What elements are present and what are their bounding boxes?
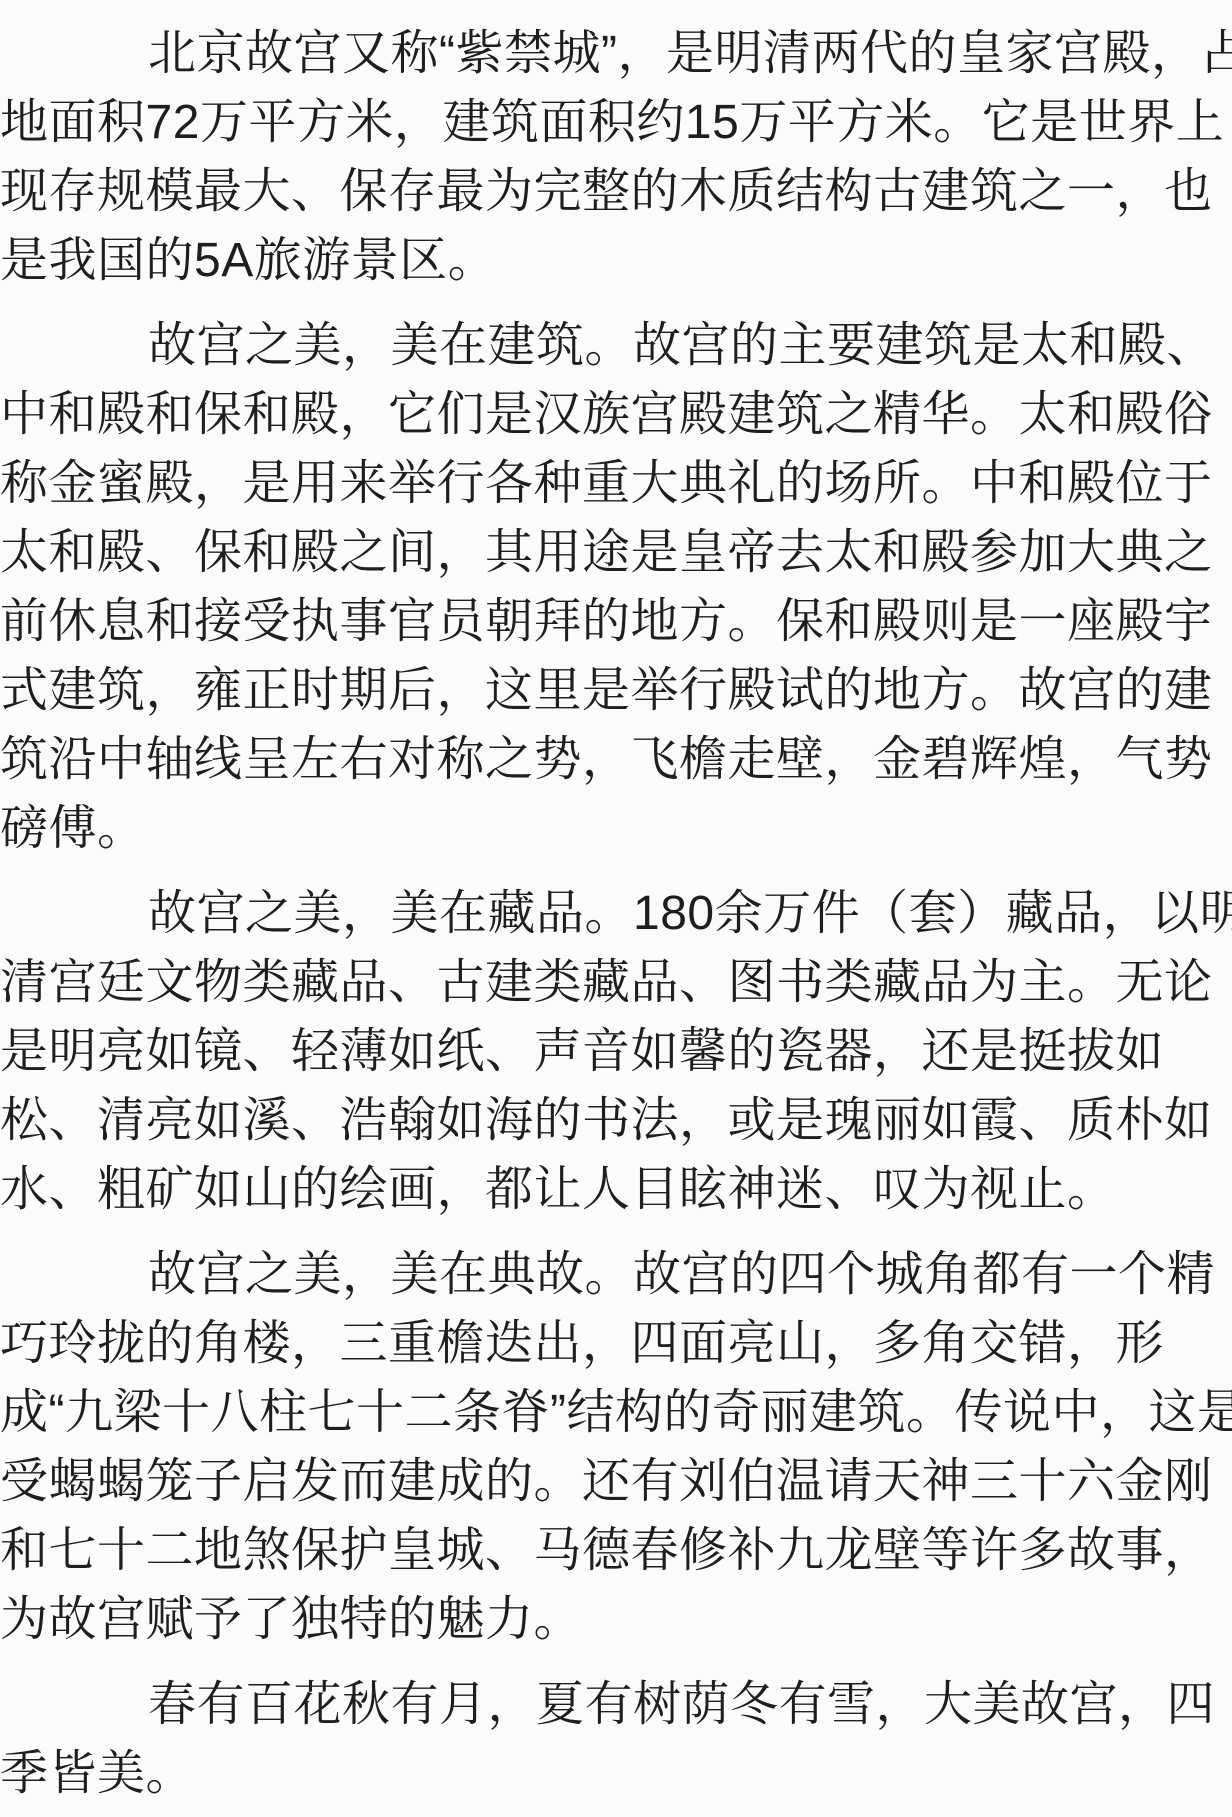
paragraph-intro: 北京故宫又称“紫禁城”，是明清两代的皇家宫殿，占 地面积72万平方米，建筑面积约… [0, 19, 1232, 295]
text-line: 中和殿和保和殿，它们是汉族宫殿建筑之精华。太和殿俗 [0, 380, 1232, 449]
text-line: 磅傅。 [0, 794, 1232, 863]
text-line: 和七十二地煞保护皇城、马德春修补九龙壁等许多故事， [0, 1516, 1232, 1585]
text-line: 松、清亮如溪、浩翰如海的书法，或是瑰丽如霞、质朴如 [0, 1086, 1232, 1155]
text-line: 筑沿中轴线呈左右对称之势，飞檐走壁，金碧辉煌，气势 [0, 725, 1232, 794]
text-line: 季皆美。 [0, 1739, 1232, 1808]
text-line: 现存规模最大、保存最为完整的木质结构古建筑之一，也 [0, 157, 1232, 226]
text-line: 故宫之美，美在藏品。180余万件（套）藏品，以明 [0, 879, 1232, 948]
text-line: 太和殿、保和殿之间，其用途是皇帝去太和殿参加大典之 [0, 518, 1232, 587]
text-line: 地面积72万平方米，建筑面积约15万平方米。它是世界上 [0, 88, 1232, 157]
paragraph-collection: 故宫之美，美在藏品。180余万件（套）藏品，以明 清宫廷文物类藏品、古建类藏品、… [0, 879, 1232, 1224]
text-line: 成“九梁十八柱七十二条脊”结构的奇丽建筑。传说中，这是 [0, 1378, 1232, 1447]
text-line: 北京故宫又称“紫禁城”，是明清两代的皇家宫殿，占 [0, 19, 1232, 88]
text-line: 称金蜜殿，是用来举行各种重大典礼的场所。中和殿位于 [0, 449, 1232, 518]
paragraph-architecture: 故宫之美，美在建筑。故宫的主要建筑是太和殿、 中和殿和保和殿，它们是汉族宫殿建筑… [0, 311, 1232, 863]
text-line: 是明亮如镜、轻薄如纸、声音如馨的瓷器，还是挺拔如 [0, 1017, 1232, 1086]
paragraph-legend: 故宫之美，美在典故。故宫的四个城角都有一个精 巧玲拢的角楼，三重檐迭出，四面亮山… [0, 1240, 1232, 1654]
text-line: 故宫之美，美在建筑。故宫的主要建筑是太和殿、 [0, 311, 1232, 380]
text-line: 前休息和接受执事官员朝拜的地方。保和殿则是一座殿宇 [0, 587, 1232, 656]
document-page: 北京故宫又称“紫禁城”，是明清两代的皇家宫殿，占 地面积72万平方米，建筑面积约… [0, 0, 1232, 1817]
text-line: 为故宫赋予了独特的魅力。 [0, 1585, 1232, 1654]
text-line: 春有百花秋有月，夏有树荫冬有雪，大美故宫，四 [0, 1670, 1232, 1739]
text-line: 式建筑，雍正时期后，这里是举行殿试的地方。故宫的建 [0, 656, 1232, 725]
text-line: 清宫廷文物类藏品、古建类藏品、图书类藏品为主。无论 [0, 948, 1232, 1017]
text-line: 水、粗矿如山的绘画，都让人目眩神迷、叹为视止。 [0, 1155, 1232, 1224]
text-line: 是我国的5A旅游景区。 [0, 226, 1232, 295]
paragraph-closing: 春有百花秋有月，夏有树荫冬有雪，大美故宫，四 季皆美。 [0, 1670, 1232, 1808]
text-line: 受蝎蝎笼子启发而建成的。还有刘伯温请天神三十六金刚 [0, 1447, 1232, 1516]
text-line: 故宫之美，美在典故。故宫的四个城角都有一个精 [0, 1240, 1232, 1309]
text-line: 巧玲拢的角楼，三重檐迭出，四面亮山，多角交错，形 [0, 1309, 1232, 1378]
